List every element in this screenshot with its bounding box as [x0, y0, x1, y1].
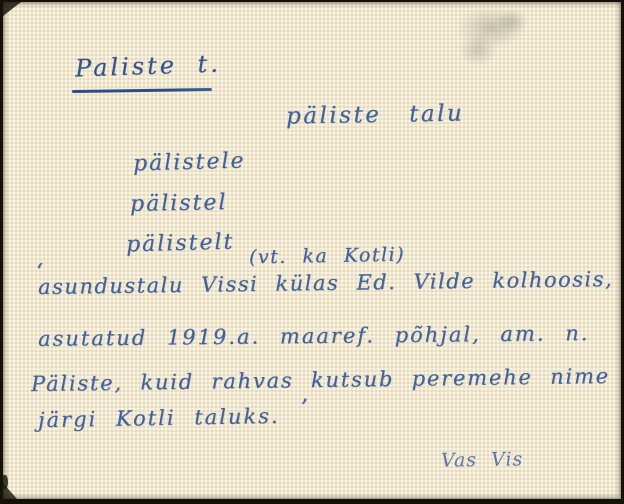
- collector-signature: Vas Vis: [441, 448, 524, 471]
- closing-quote-mark: ʼ: [300, 396, 307, 421]
- case-form-allative: pälistele: [133, 149, 246, 177]
- stamp-smudge: [451, 2, 541, 66]
- card-title-handwriting: Paliste t.: [75, 49, 222, 82]
- index-card-paper: Paliste t. päliste talu pälistele pälist…: [3, 2, 621, 499]
- case-form-adessive: pälistel: [130, 190, 228, 217]
- scan-edge-mark-left: [3, 475, 8, 489]
- body-line-3: Päliste, kuid rahvas kutsub peremehe nim…: [31, 364, 610, 396]
- case-form-ablative: pälistelt: [126, 230, 235, 258]
- body-line-4: järgi Kotli taluks.: [38, 404, 280, 432]
- body-line-1: asundustalu Vissi külas Ed. Vilde kolhoo…: [38, 267, 613, 299]
- scan-corner-shadow-top-left: [3, 2, 21, 16]
- scanned-card-frame: Paliste t. päliste talu pälistele pälist…: [0, 0, 624, 504]
- body-line-2: asutatud 1919.a. maaref. põhjal, am. n.: [38, 321, 590, 351]
- cross-reference-note: (vt. ka Kotli): [249, 244, 405, 269]
- headword-phrase: päliste talu: [286, 100, 465, 129]
- title-underline-stroke: [72, 88, 212, 93]
